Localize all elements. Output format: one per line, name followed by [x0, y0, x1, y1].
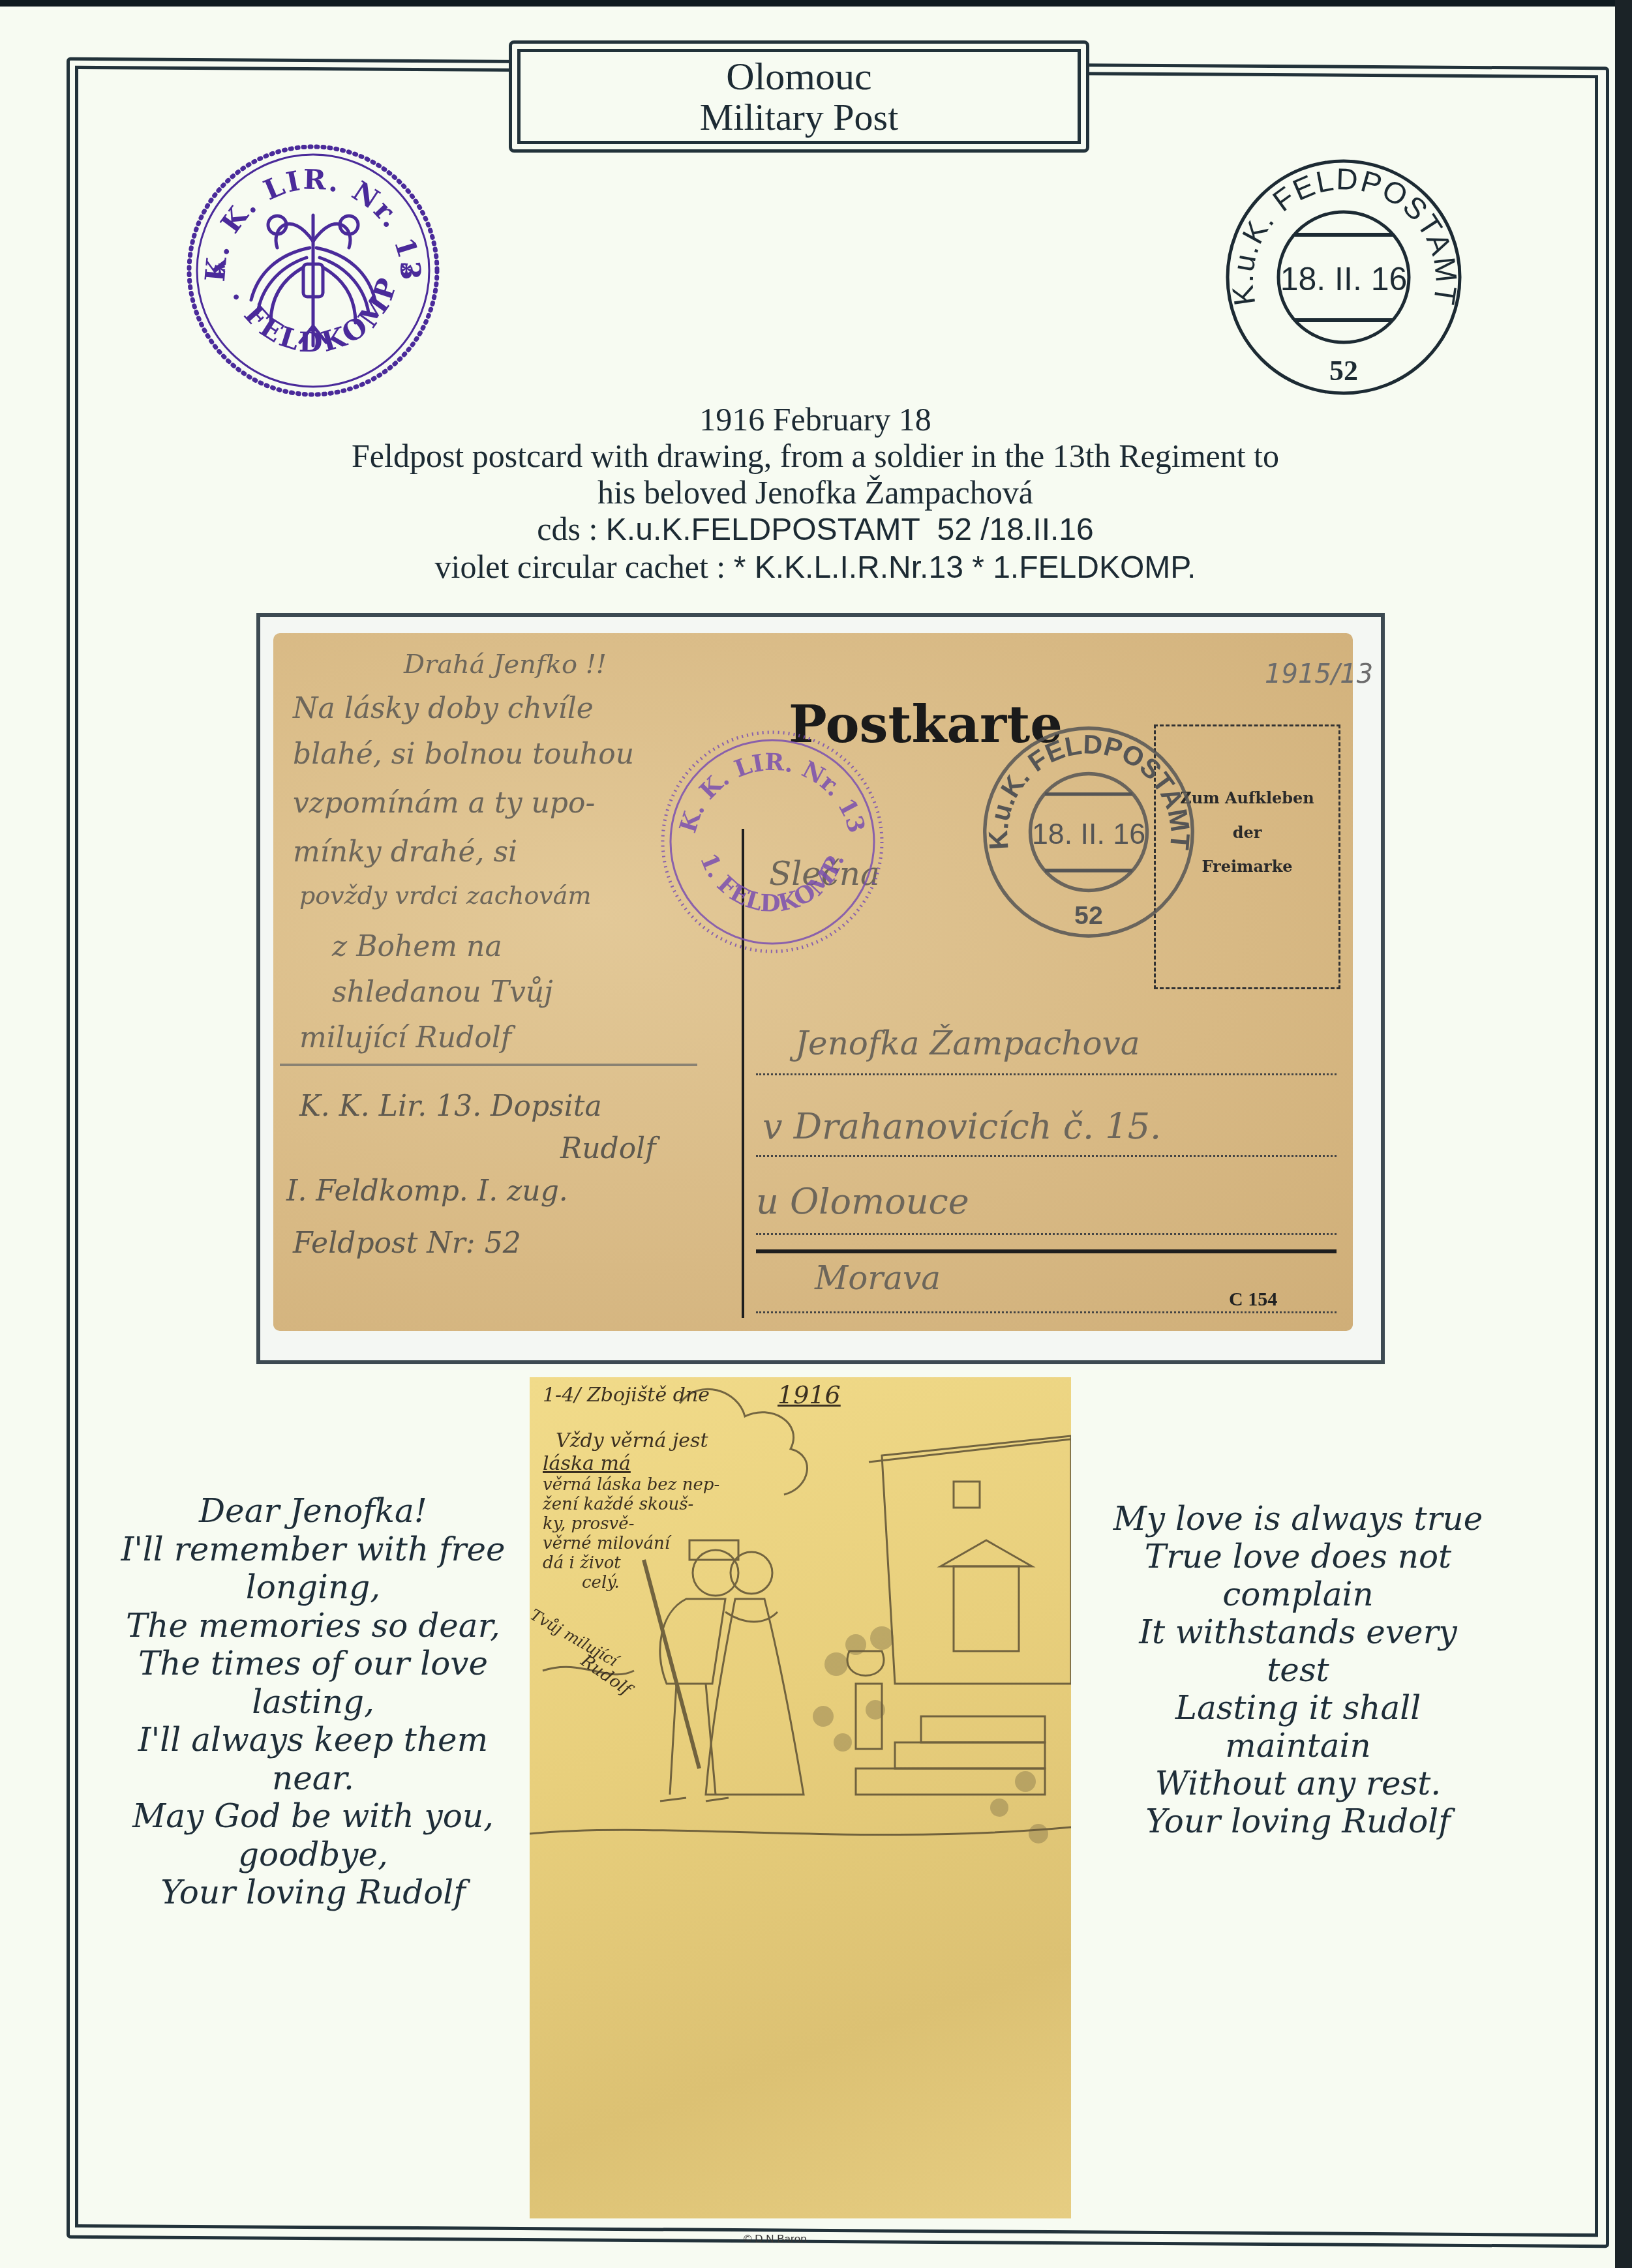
- scan-right-edge: [1615, 0, 1632, 2268]
- drawing-note: věrné milování: [543, 1534, 670, 1553]
- message-line: shledanou Tvůj: [332, 976, 553, 1009]
- address-dotted-line: [756, 1233, 1337, 1235]
- postcard-mount: 1915/13 Postkarte Zum Aufkleben der Frei…: [256, 613, 1385, 1364]
- poem-line: Lasting it shall: [1063, 1689, 1533, 1727]
- drawing-note: láska má: [543, 1452, 631, 1475]
- cachet-label: violet circular cachet :: [435, 548, 726, 585]
- poem-line: goodbye,: [78, 1836, 548, 1874]
- drawing-note: celý.: [582, 1573, 620, 1592]
- address-line: v Drahanovicích č. 15.: [763, 1106, 1161, 1147]
- drawing-note: dá i život: [543, 1553, 621, 1573]
- address-line: Jenofka Žampachova: [795, 1024, 1140, 1062]
- poem-translation-left: Dear Jenofka!I'll remember with freelong…: [78, 1492, 548, 1912]
- svg-text:18. II. 16: 18. II. 16: [1032, 818, 1145, 850]
- address-line: u Olomouce: [756, 1181, 969, 1222]
- drawing-note: žení každé skouš-: [543, 1495, 693, 1514]
- item-description-line2: his beloved Jenofka Žampachová: [196, 474, 1435, 511]
- sender-line: I. Feldkomp. I. zug.: [286, 1174, 568, 1208]
- poem-line: May God be with you,: [78, 1797, 548, 1836]
- item-description-line1: Feldpost postcard with drawing, from a s…: [196, 438, 1435, 474]
- message-line: z Bohem na: [332, 930, 502, 963]
- svg-text:*: *: [213, 257, 226, 286]
- item-date: 1916 February 18: [196, 401, 1435, 438]
- poem-line: Without any rest.: [1063, 1765, 1533, 1802]
- poem-line: complain: [1063, 1575, 1533, 1613]
- card-postmark-icon: K.u.K. FELDPOSTAMT 18. II. 16 52: [978, 721, 1200, 943]
- svg-text:52: 52: [1329, 355, 1358, 387]
- page-subtitle: Military Post: [700, 97, 899, 138]
- poem-line: True love does not: [1063, 1538, 1533, 1575]
- cds-value: K.u.K.FELDPOSTAMT 52 /18.II.16: [606, 513, 1094, 547]
- svg-text:*: *: [400, 257, 413, 286]
- poem-translation-right: My love is always trueTrue love does not…: [1063, 1500, 1533, 1840]
- message-separator: [280, 1064, 697, 1066]
- page-title: Olomouc: [726, 55, 871, 97]
- message-line: povždy vrdci zachovám: [299, 881, 592, 910]
- message-line: Na lásky doby chvíle: [293, 692, 594, 725]
- pencil-reference: 1915/13: [1265, 659, 1373, 689]
- address-line: Morava: [815, 1259, 941, 1297]
- poem-line: It withstands every: [1063, 1613, 1533, 1651]
- address-solid-line: [756, 1249, 1337, 1253]
- poem-line: Your loving Rudolf: [1063, 1802, 1533, 1840]
- scan-top-edge: [0, 0, 1632, 7]
- title-box: Olomouc Military Post: [509, 40, 1089, 153]
- poem-line: test: [1063, 1651, 1533, 1689]
- poem-line: Dear Jenofka!: [78, 1492, 548, 1530]
- postcard-front: 1915/13 Postkarte Zum Aufkleben der Frei…: [273, 633, 1353, 1331]
- poem-line: lasting,: [78, 1683, 548, 1722]
- message-line: blahé, si bolnou touhou: [293, 738, 634, 771]
- card-cachet-icon: K. K. LIR. Nr. 13 1. FELDKOMP.: [655, 724, 890, 959]
- poem-line: maintain: [1063, 1727, 1533, 1765]
- drawing-note: 1-4/ Zbojiště dne: [543, 1384, 710, 1407]
- message-line: Drahá Jenfko !!: [404, 649, 607, 679]
- drawing-year: 1916: [778, 1380, 841, 1409]
- address-dotted-line: [756, 1073, 1337, 1075]
- postmark-cds-icon: K.u.K. FELDPOSTAMT 18. II. 16 52: [1220, 153, 1468, 401]
- svg-text:18. II. 16: 18. II. 16: [1280, 261, 1408, 297]
- address-dotted-line: [756, 1155, 1337, 1157]
- drawing-note: věrná láska bez nep-: [543, 1475, 719, 1495]
- svg-text:K. K. LIR. Nr. 13: K. K. LIR. Nr. 13: [674, 749, 871, 836]
- svg-text:52: 52: [1074, 901, 1103, 930]
- copyright: © D.N.Baron: [744, 2233, 807, 2246]
- cachet-description: violet circular cachet : * K.K.L.I.R.Nr.…: [196, 548, 1435, 586]
- sender-line: Feldpost Nr: 52: [293, 1227, 521, 1260]
- poem-line: near.: [78, 1759, 548, 1798]
- message-line: mínky drahé, si: [293, 835, 517, 869]
- form-code: C 154: [1229, 1289, 1277, 1311]
- cds-label: cds :: [537, 511, 597, 547]
- poem-line: longing,: [78, 1568, 548, 1607]
- poem-line: Your loving Rudolf: [78, 1873, 548, 1912]
- message-line: vzpomínám a ty upo-: [293, 786, 595, 820]
- drawing-note: Vždy věrná jest: [556, 1429, 708, 1452]
- poem-line: My love is always true: [1063, 1500, 1533, 1538]
- address-dotted-line: [756, 1311, 1337, 1313]
- violet-cachet-icon: K. K. LIR. Nr. 13 1. FELDKOMP. * *: [179, 137, 447, 404]
- item-description: 1916 February 18 Feldpost postcard with …: [196, 401, 1435, 586]
- poem-line: The times of our love: [78, 1645, 548, 1683]
- poem-line: I'll remember with free: [78, 1530, 548, 1569]
- sender-line: K. K. Lir. 13. Dopsita: [299, 1090, 602, 1123]
- sender-line: Rudolf: [560, 1132, 656, 1165]
- poem-line: I'll always keep them: [78, 1721, 548, 1759]
- cds-description: cds : K.u.K.FELDPOSTAMT 52 /18.II.16: [196, 511, 1435, 548]
- cachet-value: * K.K.L.I.R.Nr.13 * 1.FELDKOMP.: [734, 550, 1196, 585]
- message-line: milující Rudolf: [299, 1021, 511, 1054]
- svg-text:1. FELDKOMP.: 1. FELDKOMP.: [695, 849, 850, 917]
- poem-line: The memories so dear,: [78, 1607, 548, 1645]
- postcard-drawing: 1-4/ Zbojiště dne 1916 Vždy věrná jest l…: [530, 1377, 1071, 2218]
- drawing-note: ky, prosvě-: [543, 1514, 634, 1534]
